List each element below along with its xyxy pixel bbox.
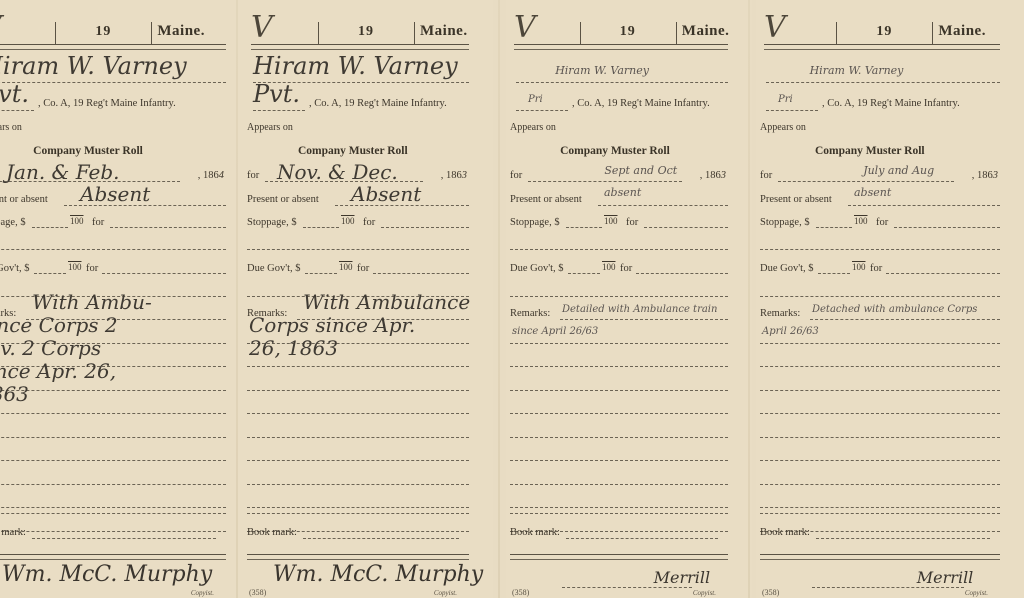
pre-bookmark-line [760, 513, 1000, 514]
remarks-line [247, 460, 469, 461]
remarks-text-line: Div. 2 Corps [0, 336, 101, 360]
for-label: for [510, 170, 522, 181]
bookmark-label: Book mark: [760, 527, 810, 538]
stoppage-for: for [876, 217, 888, 228]
stoppage-for-line [644, 227, 728, 228]
record-card-2: V19Maine.Hiram W. VarneyPvt., Co. A, 19 … [243, 0, 493, 598]
due-for: for [357, 263, 369, 274]
due-govt-label: Due Gov't, $ [0, 263, 30, 274]
state-name: Maine. [420, 23, 468, 40]
pre-bookmark-line [247, 513, 469, 514]
year-digit: 3 [993, 170, 998, 181]
roll-type: Company Muster Roll [560, 145, 670, 157]
stoppage-amount-line [32, 227, 68, 228]
present-line [598, 205, 728, 206]
card-separator [236, 0, 238, 598]
rank-line [516, 110, 568, 111]
remarks-line [247, 413, 469, 414]
copyist-label: Copyist. [191, 589, 214, 597]
bookmark-label: Book mark: [247, 527, 297, 538]
remarks-text-line: lance Corps 2 [0, 313, 118, 337]
present-or-absent-value: absent [854, 186, 891, 199]
copyist-label: Copyist. [434, 589, 457, 597]
remarks-text-line: Detailed with Ambulance train [562, 304, 717, 315]
remarks-label: Remarks: [510, 308, 550, 319]
bookmark-line [566, 538, 718, 539]
remarks-label: Remarks: [760, 308, 800, 319]
surname-initial: V [764, 10, 786, 45]
period-line [778, 181, 954, 182]
stoppage-fraction: 100 [604, 216, 618, 226]
remarks-line [0, 507, 226, 508]
remarks-text-line: With Ambu- [32, 290, 152, 314]
stoppage-for-line [381, 227, 469, 228]
roll-type: Company Muster Roll [33, 145, 143, 157]
record-card-1: V19Maine.Hiram W. VarneyPvt., Co. A, 19 … [0, 0, 250, 598]
year-digit: 4 [219, 170, 224, 181]
bookmark-label: Book mark: [0, 527, 26, 538]
due-for-line [373, 273, 469, 274]
rank-line [0, 110, 34, 111]
remarks-line [247, 390, 469, 391]
bookmark-line [303, 538, 459, 539]
stoppage-amount-line [816, 227, 852, 228]
rank: Pri [528, 94, 543, 105]
stoppage-extra-line [247, 249, 469, 250]
soldier-name: Hiram W. Varney [253, 52, 458, 80]
footer-rule [247, 554, 469, 560]
card-separator [498, 0, 500, 598]
surname-initial: V [0, 10, 2, 45]
stoppage-amount-line [566, 227, 602, 228]
present-line [848, 205, 1000, 206]
bookmark-line [32, 538, 216, 539]
header-divider [676, 22, 677, 44]
remarks-line [810, 319, 1000, 320]
remarks-line [760, 507, 1000, 508]
remarks-line [760, 460, 1000, 461]
due-extra-line [760, 296, 1000, 297]
card-header: V19Maine. [756, 18, 1024, 46]
due-fraction: 100 [852, 262, 866, 272]
pre-bookmark-line [510, 513, 728, 514]
record-card-body: V19Maine.Hiram W. VarneyPri, Co. A, 19 R… [756, 0, 1024, 598]
rank-line [766, 110, 818, 111]
form-number: (358) [249, 588, 266, 597]
year-prefix: , 186 [441, 170, 462, 181]
due-for: for [86, 263, 98, 274]
header-rule [0, 44, 226, 50]
remarks-line [510, 460, 728, 461]
bookmark-label: Book mark: [510, 527, 560, 538]
present-or-absent-label: Present or absent [510, 194, 582, 205]
header-rule [251, 44, 469, 50]
header-divider [836, 22, 837, 44]
card-header: V19Maine. [0, 18, 250, 46]
remarks-line [760, 343, 1000, 344]
card-header: V19Maine. [243, 18, 493, 46]
due-amount-line [568, 273, 600, 274]
header-rule [514, 44, 728, 50]
remarks-line [247, 437, 469, 438]
remarks-line [760, 413, 1000, 414]
year-prefix: , 186 [198, 170, 219, 181]
remarks-line [0, 437, 226, 438]
record-card-3: V19Maine.Hiram W. VarneyPri, Co. A, 19 R… [506, 0, 752, 598]
appears-on-label: Appears on [0, 122, 22, 133]
soldier-name: Hiram W. Varney [0, 52, 187, 80]
remarks-line [760, 366, 1000, 367]
due-for: for [620, 263, 632, 274]
state-name: Maine. [157, 23, 205, 40]
remarks-line [510, 437, 728, 438]
year: , 1863 [700, 170, 726, 181]
due-govt-label: Due Gov't, $ [510, 263, 564, 274]
due-amount-line [305, 273, 337, 274]
card-separator [748, 0, 750, 598]
header-divider [318, 22, 319, 44]
year: , 1864 [198, 170, 224, 181]
due-amount-line [34, 273, 66, 274]
due-for: for [870, 263, 882, 274]
stoppage-fraction: 100 [70, 216, 84, 226]
stoppage-amount-line [303, 227, 339, 228]
stoppage-for-line [110, 227, 226, 228]
muster-period: Sept and Oct [604, 164, 677, 177]
year: , 1863 [972, 170, 998, 181]
name-line [0, 82, 226, 83]
remarks-text-line: since Apr. 26, [0, 359, 116, 383]
remarks-line [510, 343, 728, 344]
remarks-line [510, 413, 728, 414]
footer-rule [510, 554, 728, 560]
muster-period: Nov. & Dec. [277, 160, 398, 184]
remarks-line [247, 507, 469, 508]
name-line [766, 82, 1000, 83]
copyist-label: Copyist. [693, 589, 716, 597]
stoppage-for: for [363, 217, 375, 228]
year-prefix: , 186 [700, 170, 721, 181]
remarks-text-line: Detached with ambulance Corps [812, 304, 977, 315]
for-label: for [760, 170, 772, 181]
remarks-line [0, 390, 226, 391]
bookmark-line [816, 538, 990, 539]
remarks-line [510, 484, 728, 485]
period-line [528, 181, 682, 182]
state-name: Maine. [938, 23, 986, 40]
record-card-4: V19Maine.Hiram W. VarneyPri, Co. A, 19 R… [756, 0, 1024, 598]
remarks-text-line: 1863 [0, 382, 29, 406]
stoppage-label: Stoppage, $ [247, 217, 297, 228]
remarks-line [0, 531, 226, 532]
due-extra-line [510, 296, 728, 297]
footer-rule [760, 554, 1000, 560]
unit-designation: , Co. A, 19 Reg't Maine Infantry. [38, 98, 176, 109]
copyist-signature: Merrill [654, 568, 711, 587]
remarks-text-line: since April 26/63 [512, 326, 598, 337]
regiment-number: 19 [358, 24, 374, 40]
remarks-line [247, 484, 469, 485]
due-for-line [886, 273, 1000, 274]
form-number: (358) [512, 588, 529, 597]
rank: Pri [778, 94, 793, 105]
surname-initial: V [514, 10, 536, 45]
due-fraction: 100 [602, 262, 616, 272]
stoppage-label: Stoppage, $ [0, 217, 26, 228]
remarks-text-line: Corps since Apr. [249, 313, 415, 337]
rank-line [253, 110, 305, 111]
muster-period: Jan. & Feb. [6, 160, 119, 184]
form-number: (358) [762, 588, 779, 597]
stoppage-extra-line [0, 249, 226, 250]
stoppage-label: Stoppage, $ [760, 217, 810, 228]
due-fraction: 100 [339, 262, 353, 272]
due-for-line [102, 273, 226, 274]
year-prefix: , 186 [972, 170, 993, 181]
record-card-body: V19Maine.Hiram W. VarneyPvt., Co. A, 19 … [0, 0, 250, 598]
name-line [516, 82, 728, 83]
for-label: for [247, 170, 259, 181]
remarks-line [760, 390, 1000, 391]
due-govt-label: Due Gov't, $ [247, 263, 301, 274]
rank: Pvt. [253, 80, 300, 108]
unit-designation: , Co. A, 19 Reg't Maine Infantry. [572, 98, 710, 109]
regiment-number: 19 [620, 24, 636, 40]
soldier-name: Hiram W. Varney [810, 64, 904, 77]
remarks-line [247, 366, 469, 367]
present-or-absent-value: Absent [351, 182, 421, 206]
copyist-line [562, 587, 692, 588]
remarks-line [510, 366, 728, 367]
stoppage-fraction: 100 [341, 216, 355, 226]
remarks-line [760, 484, 1000, 485]
regiment-number: 19 [95, 24, 111, 40]
stoppage-for: for [92, 217, 104, 228]
remarks-text-line: With Ambulance [303, 290, 470, 314]
footer-rule [0, 554, 226, 560]
present-or-absent-label: Present or absent [0, 194, 48, 205]
remarks-line [0, 484, 226, 485]
remarks-line [0, 460, 226, 461]
remarks-line [510, 507, 728, 508]
unit-designation: , Co. A, 19 Reg't Maine Infantry. [822, 98, 960, 109]
stoppage-label: Stoppage, $ [510, 217, 560, 228]
muster-period: July and Aug [863, 164, 934, 177]
header-divider [55, 22, 56, 44]
present-or-absent-value: Absent [80, 182, 150, 206]
stoppage-for: for [626, 217, 638, 228]
header-divider [151, 22, 152, 44]
due-for-line [636, 273, 728, 274]
record-card-body: V19Maine.Hiram W. VarneyPvt., Co. A, 19 … [243, 0, 493, 598]
remarks-text-line: 26, 1863 [249, 336, 338, 360]
remarks-text-line: April 26/63 [762, 326, 819, 337]
present-or-absent-value: absent [604, 186, 641, 199]
remarks-line [510, 390, 728, 391]
stoppage-fraction: 100 [854, 216, 868, 226]
header-divider [932, 22, 933, 44]
copyist-line [812, 587, 964, 588]
rank: Pvt. [0, 80, 29, 108]
due-amount-line [818, 273, 850, 274]
soldier-name: Hiram W. Varney [555, 64, 649, 77]
stoppage-for-line [894, 227, 1000, 228]
roll-type: Company Muster Roll [815, 145, 925, 157]
record-card-body: V19Maine.Hiram W. VarneyPri, Co. A, 19 R… [506, 0, 752, 598]
copyist-signature: Wm. McC. Murphy [2, 562, 212, 587]
stoppage-extra-line [760, 249, 1000, 250]
header-divider [580, 22, 581, 44]
surname-initial: V [251, 10, 273, 45]
appears-on-label: Appears on [510, 122, 556, 133]
regiment-number: 19 [876, 24, 892, 40]
appears-on-label: Appears on [247, 122, 293, 133]
roll-type: Company Muster Roll [298, 145, 408, 157]
copyist-signature: Wm. McC. Murphy [273, 562, 483, 587]
copyist-label: Copyist. [965, 589, 988, 597]
appears-on-label: Appears on [760, 122, 806, 133]
stoppage-extra-line [510, 249, 728, 250]
unit-designation: , Co. A, 19 Reg't Maine Infantry. [309, 98, 447, 109]
year-digit: 3 [462, 170, 467, 181]
header-rule [764, 44, 1000, 50]
remarks-line [760, 437, 1000, 438]
header-divider [414, 22, 415, 44]
year: , 1863 [441, 170, 467, 181]
remarks-line [560, 319, 728, 320]
year-digit: 3 [721, 170, 726, 181]
present-or-absent-label: Present or absent [760, 194, 832, 205]
copyist-signature: Merrill [917, 568, 974, 587]
present-or-absent-label: Present or absent [247, 194, 319, 205]
card-header: V19Maine. [506, 18, 752, 46]
remarks-line [0, 413, 226, 414]
due-govt-label: Due Gov't, $ [760, 263, 814, 274]
due-fraction: 100 [68, 262, 82, 272]
state-name: Maine. [682, 23, 730, 40]
pre-bookmark-line [0, 513, 226, 514]
